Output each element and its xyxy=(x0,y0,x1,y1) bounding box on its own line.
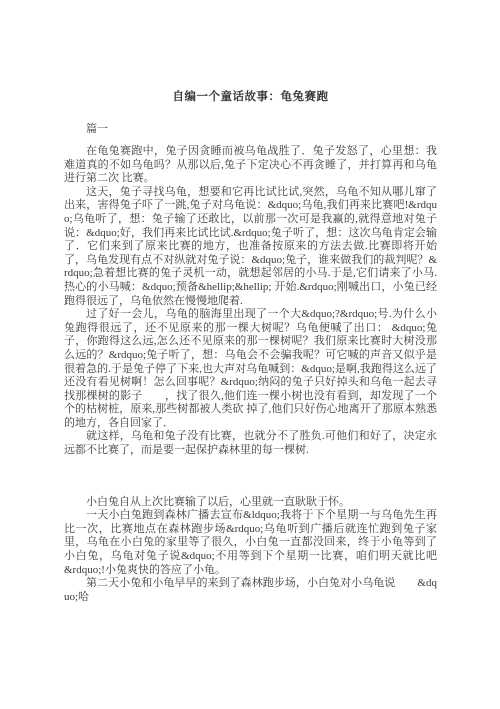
document-page: 自编一个童话故事：龟兔赛跑 篇一 在龟兔赛跑中，兔子因贪睡而被乌龟战胜了．兔子发… xyxy=(0,0,500,709)
paragraph: 就这样，乌龟和兔子没有比赛，也就分不了胜负.可他们和好了，决定永远都不比赛了，而… xyxy=(64,430,437,457)
section-two-body: 小白兔自从上次比赛输了以后，心里就一直耿耿于怀。 一天小白兔跑到森林广播去宣布&… xyxy=(64,496,437,605)
paragraph: 第二天小兔和小龟早早的来到了森林跑步场，小白兔对小乌龟说 &dquo;哈 xyxy=(64,577,437,604)
paragraph: 过了好一会儿，乌龟的脑海里出现了一个大&dquo;?&rdquo;号.为什么小兔… xyxy=(64,308,437,430)
paragraph: 一天小白兔跑到森林广播去宣布&ldquo;我将于下个星期一与乌龟先生再比一次，比… xyxy=(64,509,437,577)
section-one-body: 在龟兔赛跑中，兔子因贪睡而被乌龟战胜了．兔子发怒了，心里想：我难道真的不如乌龟吗… xyxy=(64,145,437,458)
paragraph: 小白兔自从上次比赛输了以后，心里就一直耿耿于怀。 xyxy=(64,496,437,510)
section-one: 篇一 在龟兔赛跑中，兔子因贪睡而被乌龟战胜了．兔子发怒了，心里想：我难道真的不如… xyxy=(64,120,437,458)
section-one-heading: 篇一 xyxy=(64,120,437,136)
document-title: 自编一个童话故事：龟兔赛跑 xyxy=(64,88,437,104)
paragraph: 在龟兔赛跑中，兔子因贪睡而被乌龟战胜了．兔子发怒了，心里想：我难道真的不如乌龟吗… xyxy=(64,145,437,186)
paragraph: 这天，兔子寻找乌龟，想要和它再比试比试,突然，乌龟不知从哪儿窜了出来，害得兔子吓… xyxy=(64,186,437,308)
section-two: 小白兔自从上次比赛输了以后，心里就一直耿耿于怀。 一天小白兔跑到森林广播去宣布&… xyxy=(64,496,437,605)
